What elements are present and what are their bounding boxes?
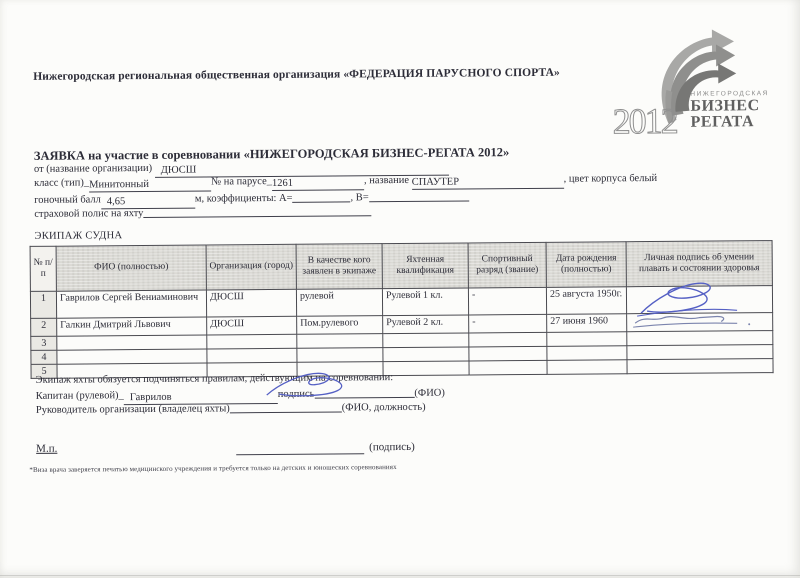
row-fio: Галкин Дмитрий Львович [57,317,207,336]
insurance-line: страховой полис на яхту [34,203,371,220]
row-birthdate: 25 августа 1950г. [546,287,626,315]
doctor-visa-footnote: *Виза врача заверяется печатью медицинск… [29,463,396,474]
row-role: Пом.рулевого [297,316,383,335]
col-header-role: В качестве кого заявлен в экипаже [296,244,382,290]
boat-name-label: , название [364,175,409,186]
class-label: класс (тип)_ [34,177,89,188]
fio-caption: (ФИО) [414,388,445,399]
crew-signature-icon [631,311,757,332]
row-rank: - [468,287,546,315]
row-rank: - [469,314,547,333]
coeff-a-field [292,189,350,202]
signature-caption: (подпись) [369,441,415,453]
manager-caption: (ФИО, должность) [342,402,426,414]
regatta-logo: 2012 НИЖЕГОРОДСКАЯ БИЗНЕС РЕГАТА [610,15,791,136]
captain-signature-icon [263,368,373,399]
crew-header-row: № п/п ФИО (полностью) Организация (город… [30,241,772,292]
row-signature-cell [627,313,773,332]
manager-label: Руководитель организации (владелец яхты) [36,403,230,416]
coeff-label: м, коэффициенты: А= [195,193,293,205]
org-name-label: от (название организации) [34,163,152,175]
sail-number-label: № на парусе_ [211,176,272,187]
logo-year: 2012 [612,100,676,143]
row-birthdate: 27 июня 1960 [547,314,627,333]
logo-word-business: БИЗНЕС [690,98,769,115]
row-num: 4 [31,350,57,364]
organization-header: Нижегородская региональная общественная … [33,66,593,82]
hull-color-label: , цвет корпуса белый [564,173,658,185]
scanned-application-form: Нижегородская региональная общественная … [0,0,800,578]
crew-table: № п/п ФИО (полностью) Организация (город… [30,240,774,379]
logo-word-regatta: РЕГАТА [691,114,770,131]
stamp-signature-field [236,441,364,455]
col-header-birthdate: Дата рождения (полностью) [546,242,626,288]
manager-field [230,399,342,413]
row-fio: Гаврилов Сергей Вениаминович [56,290,206,318]
col-header-org: Организация (город) [206,244,296,290]
row-qualification: Рулевой 2 кл. [383,315,469,334]
captain-label: Капитан (рулевой)_ [36,390,124,402]
crew-section-title: ЭКИПАЖ СУДНА [34,230,122,242]
col-header-fio: ФИО (полностью) [56,245,206,291]
scan-bottom-edge [0,575,800,576]
row-num: 3 [31,336,57,350]
coeff-b-label: , В= [350,192,368,203]
rating-label: гоночный балл [34,194,101,206]
row-num: 2 [31,318,57,336]
col-header-qualification: Яхтенная квалификация [382,243,468,289]
row-org: ДЮСШ [207,316,297,335]
col-header-num: № п/п [30,246,56,291]
col-header-rank: Спортивный разряд (звание) [468,242,546,288]
insurance-field [143,203,371,218]
row-org: ДЮСШ [206,289,296,317]
stamp-place-label: М.п. [36,443,57,455]
row-role: рулевой [296,289,382,317]
manager-line: Руководитель организации (владелец яхты)… [36,399,426,416]
coeff-b-field [369,188,469,202]
row-num: 1 [30,291,56,318]
insurance-label: страховой полис на яхту [34,208,143,220]
row-signature-cell [626,286,772,314]
col-header-signature: Личная подпись об умении плавать и состо… [626,241,772,287]
row-qualification: Рулевой 1 кл. [382,288,468,316]
